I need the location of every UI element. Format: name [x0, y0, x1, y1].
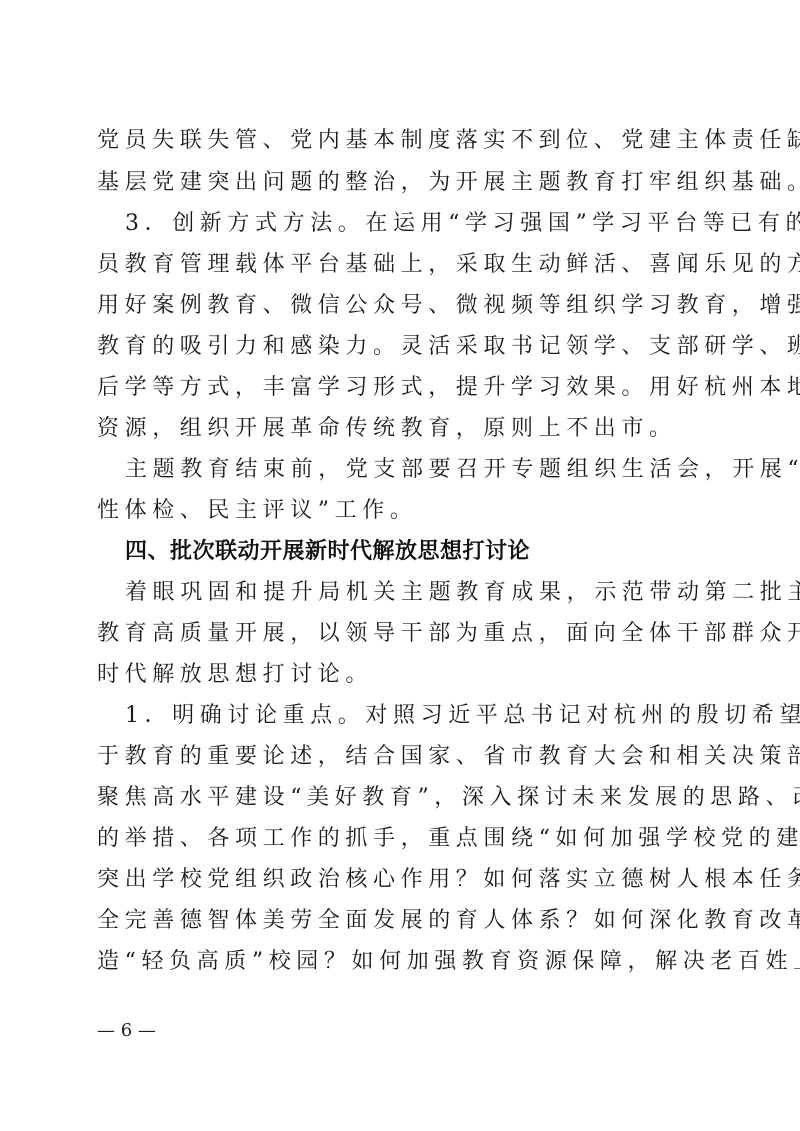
body-text-line: 基层党建突出问题的整治，为开展主题教育打牢组织基础。: [97, 168, 712, 198]
body-text-line: 时代解放思想打讨论。: [97, 660, 712, 690]
body-text-line: 资源，组织开展革命传统教育，原则上不出市。: [97, 414, 712, 444]
body-text-line: 性体检、民主评议”工作。: [97, 496, 712, 526]
body-text-line: 后学等方式，丰富学习形式，提升学习效果。用好杭州本地红色: [97, 373, 712, 403]
document-page: 党员失联失管、党内基本制度落实不到位、党建主体责任缺失等 基层党建突出问题的整治…: [0, 0, 800, 1131]
body-text-line: 造“轻负高质”校园？如何加强教育资源保障，解决老百姓上好: [97, 947, 712, 977]
body-text-line: 1．明确讨论重点。对照习近平总书记对杭州的殷切希望和关: [125, 701, 712, 731]
page-number: — 6 —: [97, 1020, 156, 1041]
body-text-line: 聚焦高水平建设“美好教育”，深入探讨未来发展的思路、改革: [97, 783, 712, 813]
body-text-line: 教育高质量开展，以领导干部为重点，面向全体干部群众开展新: [97, 619, 712, 649]
body-text-line: 用好案例教育、微信公众号、微视频等组织学习教育，增强主题: [97, 291, 712, 321]
body-text-line: 教育的吸引力和感染力。灵活采取书记领学、支部研学、班前班: [97, 332, 712, 362]
body-text-line: 员教育管理载体平台基础上，采取生动鲜活、喜闻乐见的方式，: [97, 250, 712, 280]
body-text-line: 主题教育结束前，党支部要召开专题组织生活会，开展“党: [125, 455, 712, 485]
body-text-line: 于教育的重要论述，结合国家、省市教育大会和相关决策部署，: [97, 742, 712, 772]
body-text-line: 3．创新方式方法。在运用“学习强国”学习平台等已有的党: [125, 209, 712, 239]
body-text-line: 的举措、各项工作的抓手，重点围绕“如何加强学校党的建设，: [97, 824, 712, 854]
body-text-line: 着眼巩固和提升局机关主题教育成果，示范带动第二批主题: [125, 578, 712, 608]
body-text-line: 党员失联失管、党内基本制度落实不到位、党建主体责任缺失等: [97, 126, 712, 156]
section-heading: 四、批次联动开展新时代解放思想打讨论: [125, 537, 530, 567]
body-text-line: 突出学校党组织政治核心作用？如何落实立德树人根本任务，健: [97, 865, 712, 895]
body-text-line: 全完善德智体美劳全面发展的育人体系？如何深化教育改革，打: [97, 906, 712, 936]
